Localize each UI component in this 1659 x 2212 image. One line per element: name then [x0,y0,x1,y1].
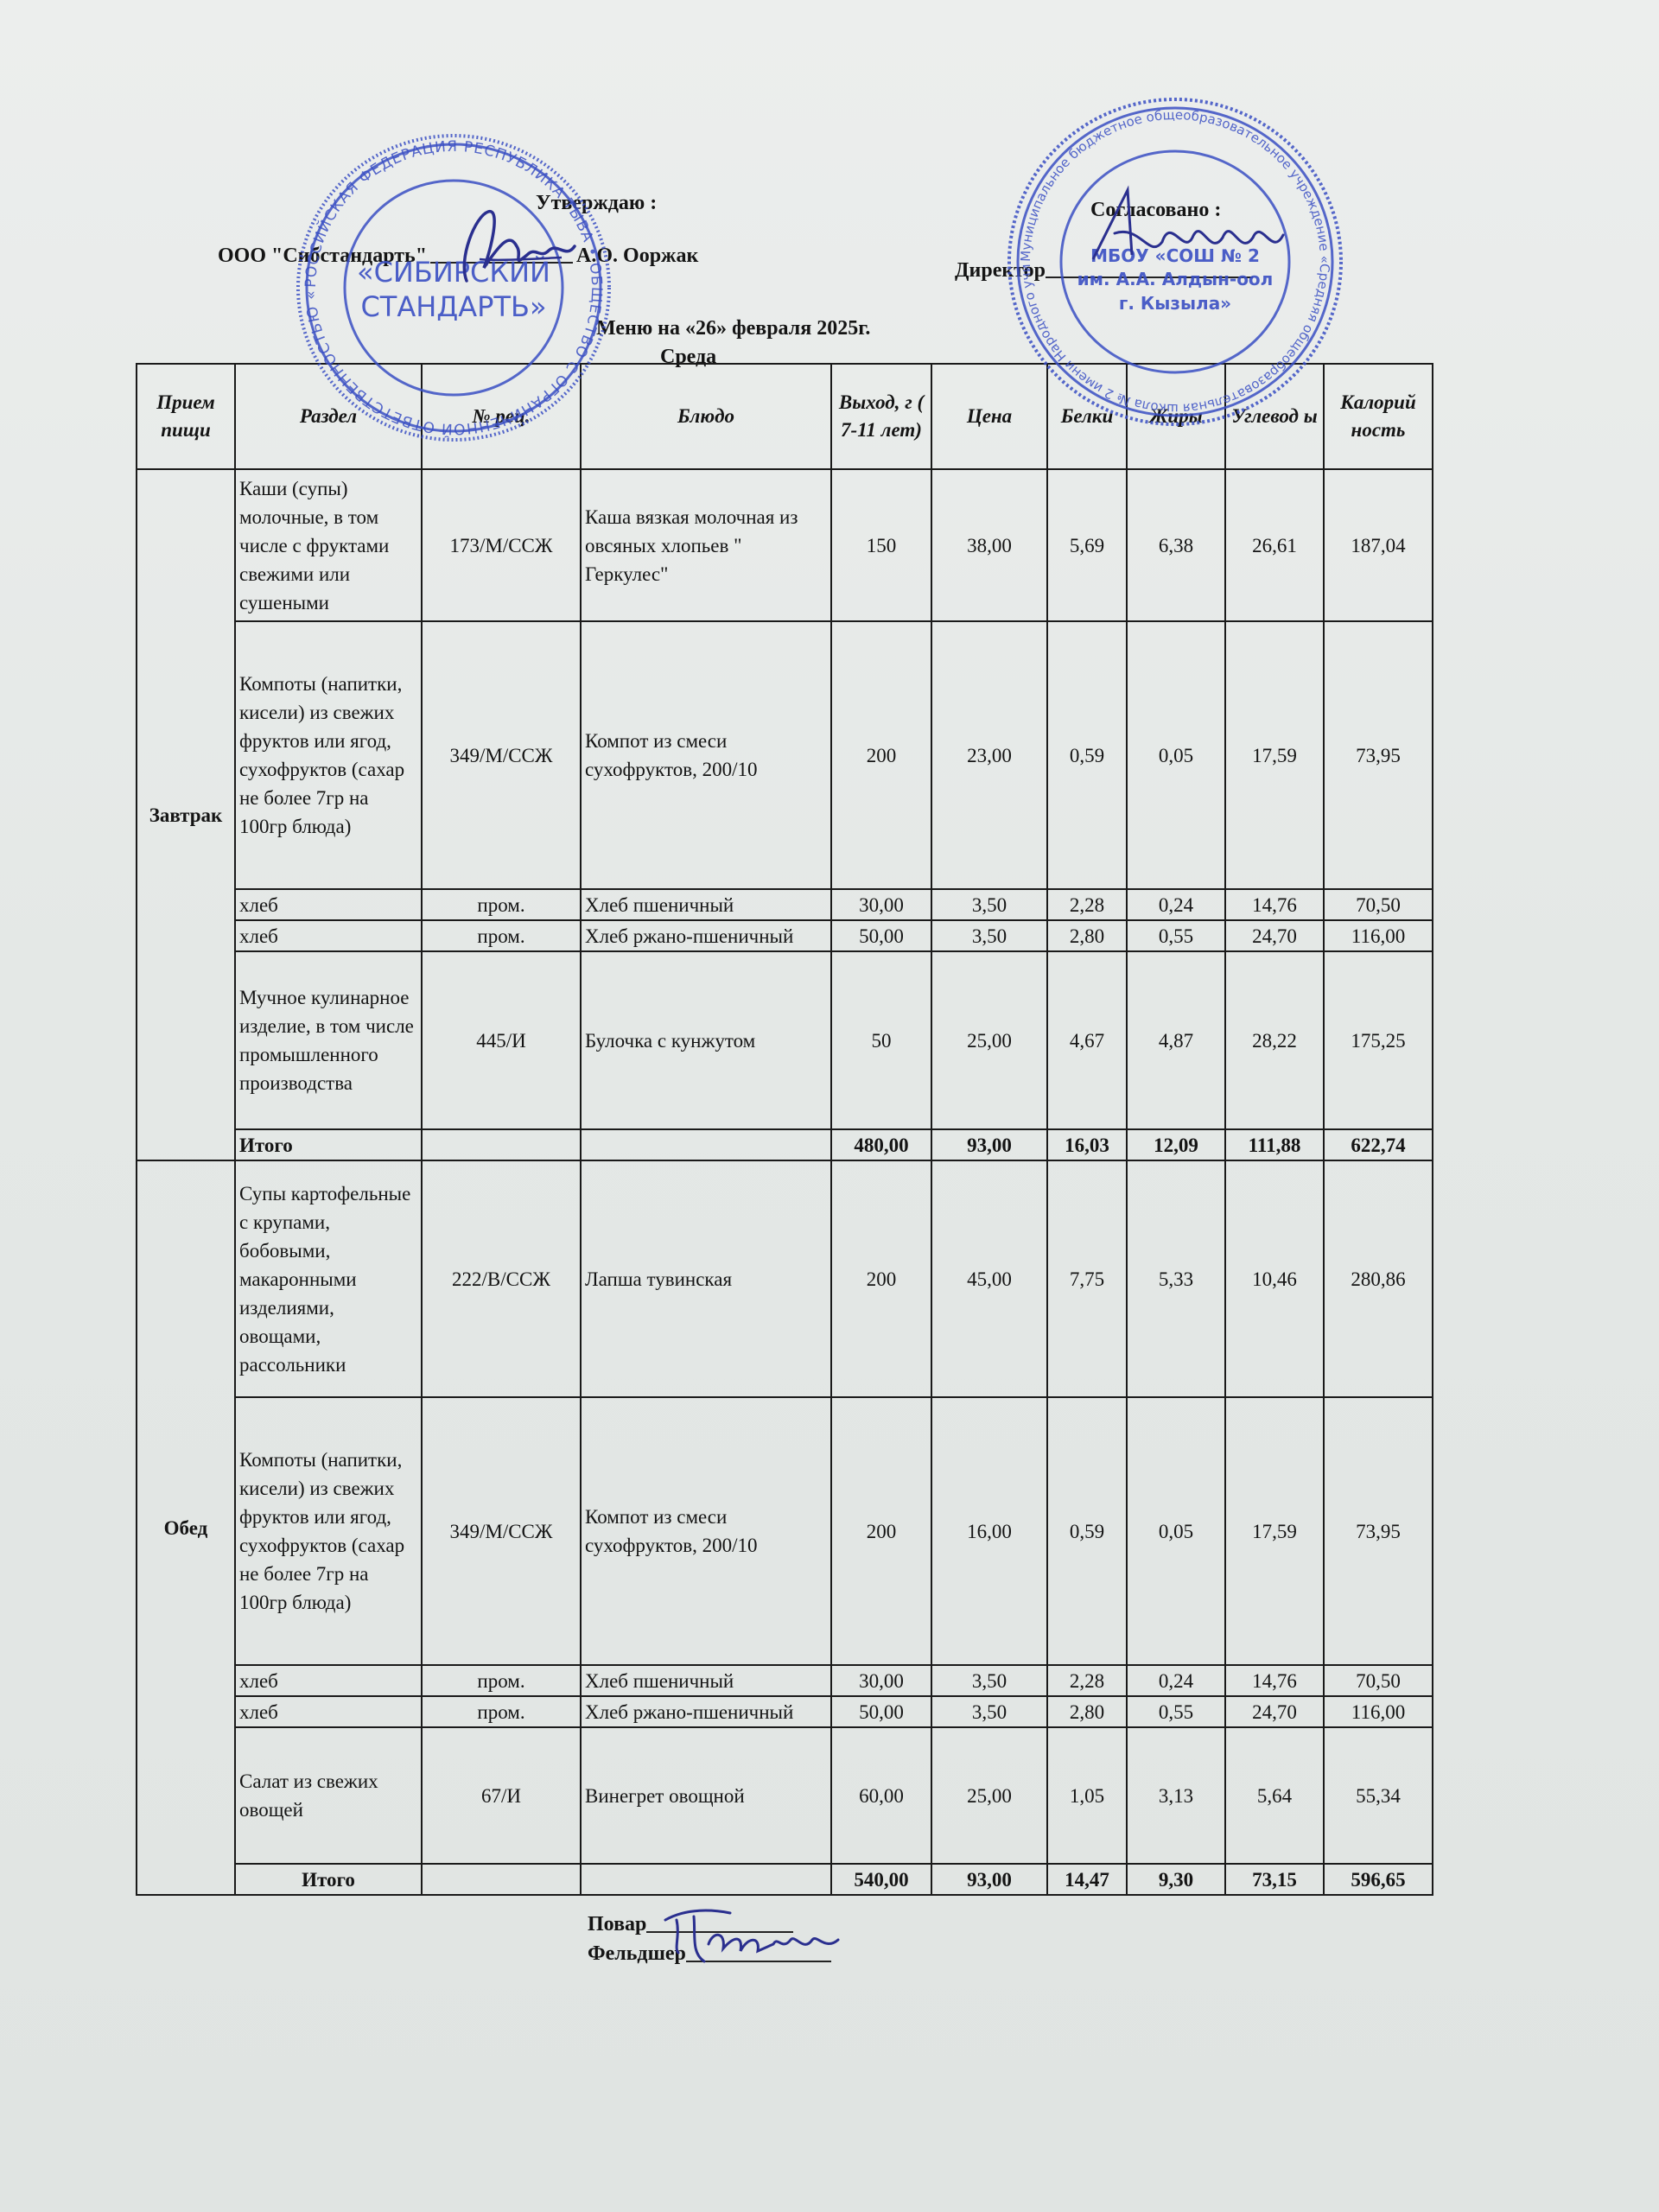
fat-cell: 3,13 [1127,1727,1225,1864]
menu-title: Меню на «26» февраля 2025г. [596,317,870,340]
meal-lunch: Обед [137,1160,235,1895]
price-cell: 45,00 [931,1160,1047,1397]
section-cell: Каши (супы) молочные, в том числе с фрук… [235,469,422,621]
calories-cell: 70,50 [1324,889,1433,920]
price-cell: 3,50 [931,889,1047,920]
fat-cell: 0,55 [1127,1696,1225,1727]
carbs-cell: 26,61 [1225,469,1324,621]
signature-line [1046,276,1253,278]
section-cell: Компоты (напитки, кисели) из свежих фрук… [235,621,422,889]
table-row: хлеб пром. Хлеб пшеничный 30,00 3,50 2,2… [137,889,1433,920]
col-dish: Блюдо [581,364,831,469]
section-cell: хлеб [235,1665,422,1696]
director-line: Директор [955,259,1253,283]
table-row: Обед Супы картофельные с крупами, бобовы… [137,1160,1433,1397]
recipe-cell: пром. [422,1665,581,1696]
dish-cell: Хлеб пшеничный [581,889,831,920]
fat-cell: 6,38 [1127,469,1225,621]
output-cell: 60,00 [831,1727,931,1864]
output-cell: 50 [831,951,931,1129]
organization-name: ООО "Сибстандарть" [218,245,427,267]
protein-cell: 2,80 [1047,1696,1127,1727]
protein-cell: 2,28 [1047,1665,1127,1696]
recipe-cell: 67/И [422,1727,581,1864]
total-protein: 16,03 [1047,1129,1127,1160]
col-price: Цена [931,364,1047,469]
output-cell: 30,00 [831,889,931,920]
recipe-cell: 445/И [422,951,581,1129]
signature-line [430,262,573,264]
total-label: Итого [235,1129,422,1160]
empty-cell [581,1129,831,1160]
empty-cell [581,1864,831,1895]
protein-cell: 0,59 [1047,1397,1127,1665]
organization-approval-line: ООО "Сибстандарть"А.О. Ооржак [218,245,698,268]
protein-cell: 4,67 [1047,951,1127,1129]
section-cell: Мучное кулинарное изделие, в том числе п… [235,951,422,1129]
total-label: Итого [235,1864,422,1895]
table-row: хлеб пром. Хлеб ржано-пшеничный 50,00 3,… [137,1696,1433,1727]
recipe-cell: 173/М/ССЖ [422,469,581,621]
output-cell: 200 [831,1160,931,1397]
price-cell: 38,00 [931,469,1047,621]
table-row: Компоты (напитки, кисели) из свежих фрук… [137,1397,1433,1665]
col-fat: Жиры [1127,364,1225,469]
output-cell: 150 [831,469,931,621]
output-cell: 50,00 [831,920,931,951]
fat-cell: 0,24 [1127,889,1225,920]
calories-cell: 73,95 [1324,621,1433,889]
calories-cell: 116,00 [1324,1696,1433,1727]
dish-cell: Хлеб ржано-пшеничный [581,920,831,951]
table-row: Завтрак Каши (супы) молочные, в том числ… [137,469,1433,621]
col-protein: Белки [1047,364,1127,469]
calories-cell: 55,34 [1324,1727,1433,1864]
recipe-cell: 222/В/ССЖ [422,1160,581,1397]
output-cell: 30,00 [831,1665,931,1696]
recipe-cell: пром. [422,1696,581,1727]
dish-cell: Компот из смеси сухофруктов, 200/10 [581,621,831,889]
calories-cell: 187,04 [1324,469,1433,621]
price-cell: 16,00 [931,1397,1047,1665]
price-cell: 3,50 [931,1696,1047,1727]
total-calories: 622,74 [1324,1129,1433,1160]
output-cell: 200 [831,621,931,889]
price-cell: 23,00 [931,621,1047,889]
meal-breakfast: Завтрак [137,469,235,1160]
carbs-cell: 17,59 [1225,1397,1324,1665]
agreed-label: Согласовано : [1090,199,1221,222]
price-cell: 25,00 [931,1727,1047,1864]
carbs-cell: 17,59 [1225,621,1324,889]
signature-line [646,1931,793,1933]
protein-cell: 1,05 [1047,1727,1127,1864]
total-protein: 14,47 [1047,1864,1127,1895]
section-cell: хлеб [235,1696,422,1727]
approve-label: Утверждаю : [536,192,657,215]
col-recipe: № рец. [422,364,581,469]
total-price: 93,00 [931,1129,1047,1160]
recipe-cell: пром. [422,920,581,951]
protein-cell: 2,80 [1047,920,1127,951]
breakfast-total-row: Итого 480,00 93,00 16,03 12,09 111,88 62… [137,1129,1433,1160]
protein-cell: 0,59 [1047,621,1127,889]
recipe-cell: пром. [422,889,581,920]
table-row: Мучное кулинарное изделие, в том числе п… [137,951,1433,1129]
calories-cell: 116,00 [1324,920,1433,951]
price-cell: 25,00 [931,951,1047,1129]
table-row: Салат из свежих овощей 67/И Винегрет ово… [137,1727,1433,1864]
protein-cell: 2,28 [1047,889,1127,920]
recipe-cell: 349/М/ССЖ [422,1397,581,1665]
col-output: Выход, г ( 7-11 лет) [831,364,931,469]
protein-cell: 5,69 [1047,469,1127,621]
paramedic-line: Фельдшер [588,1939,831,1968]
lunch-total-row: Итого 540,00 93,00 14,47 9,30 73,15 596,… [137,1864,1433,1895]
fat-cell: 4,87 [1127,951,1225,1129]
fat-cell: 0,05 [1127,621,1225,889]
fat-cell: 0,55 [1127,920,1225,951]
cook-label: Повар [588,1913,646,1935]
fat-cell: 0,05 [1127,1397,1225,1665]
price-cell: 3,50 [931,1665,1047,1696]
table-row: хлеб пром. Хлеб ржано-пшеничный 50,00 3,… [137,920,1433,951]
calories-cell: 70,50 [1324,1665,1433,1696]
dish-cell: Лапша тувинская [581,1160,831,1397]
total-carbs: 111,88 [1225,1129,1324,1160]
col-section: Раздел [235,364,422,469]
carbs-cell: 24,70 [1225,920,1324,951]
section-cell: хлеб [235,889,422,920]
empty-cell [422,1129,581,1160]
total-output: 540,00 [831,1864,931,1895]
carbs-cell: 5,64 [1225,1727,1324,1864]
col-meal: Прием пищи [137,364,235,469]
carbs-cell: 14,76 [1225,1665,1324,1696]
col-carbs: Углевод ы [1225,364,1324,469]
fat-cell: 0,24 [1127,1665,1225,1696]
carbs-cell: 14,76 [1225,889,1324,920]
carbs-cell: 24,70 [1225,1696,1324,1727]
carbs-cell: 28,22 [1225,951,1324,1129]
dish-cell: Каша вязкая молочная из овсяных хлопьев … [581,469,831,621]
signature-block: Повар Фельдшер [588,1910,831,1968]
total-calories: 596,65 [1324,1864,1433,1895]
empty-cell [422,1864,581,1895]
price-cell: 3,50 [931,920,1047,951]
cook-line: Повар [588,1910,831,1939]
total-fat: 12,09 [1127,1129,1225,1160]
calories-cell: 175,25 [1324,951,1433,1129]
dish-cell: Винегрет овощной [581,1727,831,1864]
fat-cell: 5,33 [1127,1160,1225,1397]
signature-line [686,1961,831,1962]
protein-cell: 7,75 [1047,1160,1127,1397]
calories-cell: 73,95 [1324,1397,1433,1665]
paramedic-label: Фельдшер [588,1942,686,1965]
director-label: Директор [955,259,1046,282]
section-cell: Салат из свежих овощей [235,1727,422,1864]
dish-cell: Булочка с кунжутом [581,951,831,1129]
output-cell: 50,00 [831,1696,931,1727]
output-cell: 200 [831,1397,931,1665]
section-cell: хлеб [235,920,422,951]
section-cell: Супы картофельные с крупами, бобовыми, м… [235,1160,422,1397]
section-cell: Компоты (напитки, кисели) из свежих фрук… [235,1397,422,1665]
recipe-cell: 349/М/ССЖ [422,621,581,889]
total-price: 93,00 [931,1864,1047,1895]
dish-cell: Хлеб пшеничный [581,1665,831,1696]
approver-name: А.О. Ооржак [576,245,698,267]
calories-cell: 280,86 [1324,1160,1433,1397]
carbs-cell: 10,46 [1225,1160,1324,1397]
menu-table: Прием пищи Раздел № рец. Блюдо Выход, г … [136,363,1433,1896]
table-row: хлеб пром. Хлеб пшеничный 30,00 3,50 2,2… [137,1665,1433,1696]
total-fat: 9,30 [1127,1864,1225,1895]
total-output: 480,00 [831,1129,931,1160]
total-carbs: 73,15 [1225,1864,1324,1895]
dish-cell: Хлеб ржано-пшеничный [581,1696,831,1727]
table-header-row: Прием пищи Раздел № рец. Блюдо Выход, г … [137,364,1433,469]
table-row: Компоты (напитки, кисели) из свежих фрук… [137,621,1433,889]
col-calories: Калорий ность [1324,364,1433,469]
dish-cell: Компот из смеси сухофруктов, 200/10 [581,1397,831,1665]
